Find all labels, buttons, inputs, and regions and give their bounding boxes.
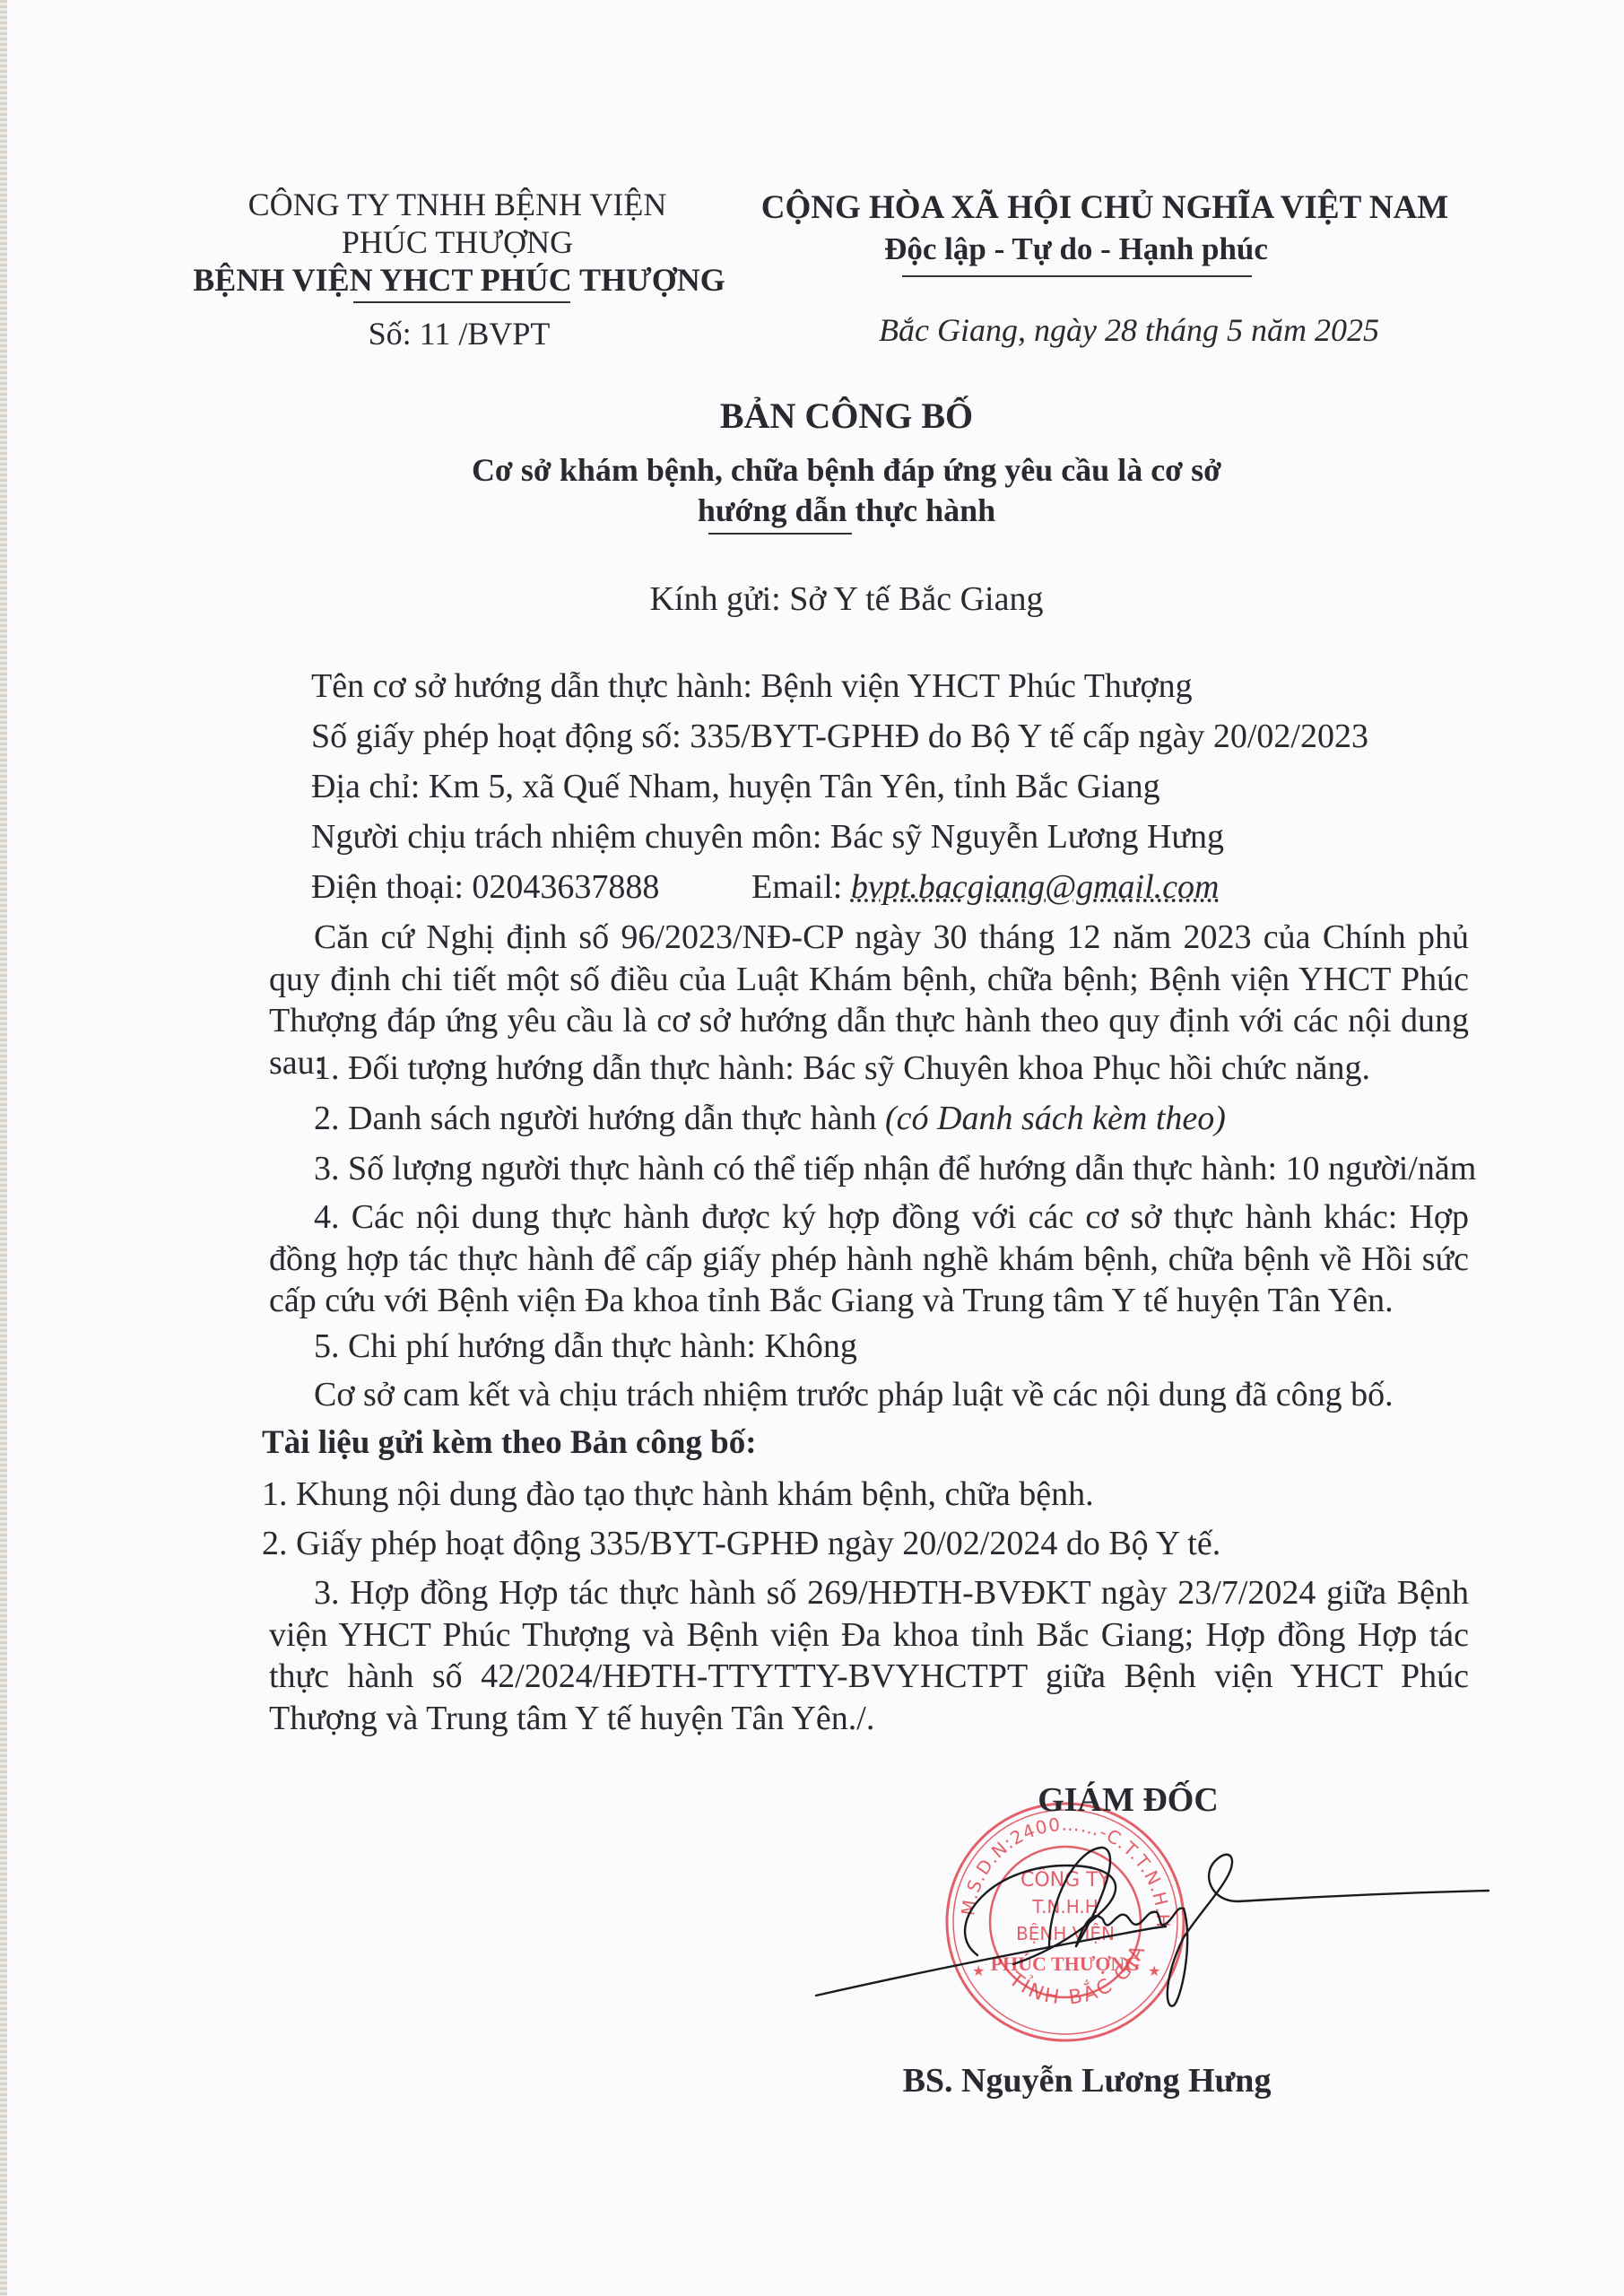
place-date: Bắc Giang, ngày 28 tháng 5 năm 2025 [879,312,1379,348]
item-4: 4. Các nội dung thực hành được ký hợp đồ… [269,1196,1469,1322]
attachment-3: 3. Hợp đồng Hợp tác thực hành số 269/HĐT… [269,1572,1469,1739]
document-subtitle-line1: Cơ sở khám bệnh, chữa bệnh đáp ứng yêu c… [472,451,1221,489]
hospital-underline [353,301,570,303]
facility-name: Tên cơ sở hướng dẫn thực hành: Bệnh viện… [311,665,1193,707]
national-motto: Độc lập - Tự do - Hạnh phúc [884,231,1268,267]
license-number: Số giấy phép hoạt động số: 335/BYT-GPHĐ … [311,716,1368,757]
document-subtitle-line2: hướng dẫn thực hành [698,491,995,529]
item-2-note: (có Danh sách kèm theo) [885,1100,1226,1137]
email-link[interactable]: bvpt.bacgiang@gmail.com [851,868,1220,906]
recipient: Kính gửi: Sở Y tế Bắc Giang [650,578,1044,620]
email-label: Email: [751,868,842,906]
commitment: Cơ sở cam kết và chịu trách nhiệm trước … [314,1374,1394,1415]
responsible-person: Người chịu trách nhiệm chuyên môn: Bác s… [311,816,1224,857]
address: Địa chỉ: Km 5, xã Quế Nham, huyện Tân Yê… [311,766,1160,807]
attachment-1: 1. Khung nội dung đào tạo thực hành khám… [262,1474,1094,1515]
title-underline [708,533,852,535]
email-row: Email: bvpt.bacgiang@gmail.com [751,866,1219,908]
signer-name: BS. Nguyễn Lương Hưng [903,2061,1272,2100]
handwritten-signature [807,1812,1507,2018]
item-3: 3. Số lượng người thực hành có thể tiếp … [314,1148,1476,1189]
attachments-heading: Tài liệu gửi kèm theo Bản công bố: [262,1422,757,1464]
document-title: BẢN CÔNG BỐ [720,395,973,437]
company-name-line2: PHÚC THƯỢNG [342,224,573,260]
company-name-line1: CÔNG TY TNHH BỆNH VIỆN [248,187,667,222]
nation-title: CỘNG HÒA XÃ HỘI CHỦ NGHĨA VIỆT NAM [761,190,1448,226]
document-number: Số: 11 /BVPT [369,316,551,352]
scan-edge [0,0,7,2296]
item-1: 1. Đối tượng hướng dẫn thực hành: Bác sỹ… [314,1048,1370,1089]
motto-underline [902,275,1252,277]
item-2: 2. Danh sách người hướng dẫn thực hành (… [314,1098,1226,1139]
item-5: 5. Chi phí hướng dẫn thực hành: Không [314,1326,857,1367]
phone: Điện thoại: 02043637888 [311,866,659,908]
attachment-2: 2. Giấy phép hoạt động 335/BYT-GPHĐ ngày… [262,1523,1220,1564]
hospital-name: BỆNH VIỆN YHCT PHÚC THƯỢNG [193,262,725,298]
